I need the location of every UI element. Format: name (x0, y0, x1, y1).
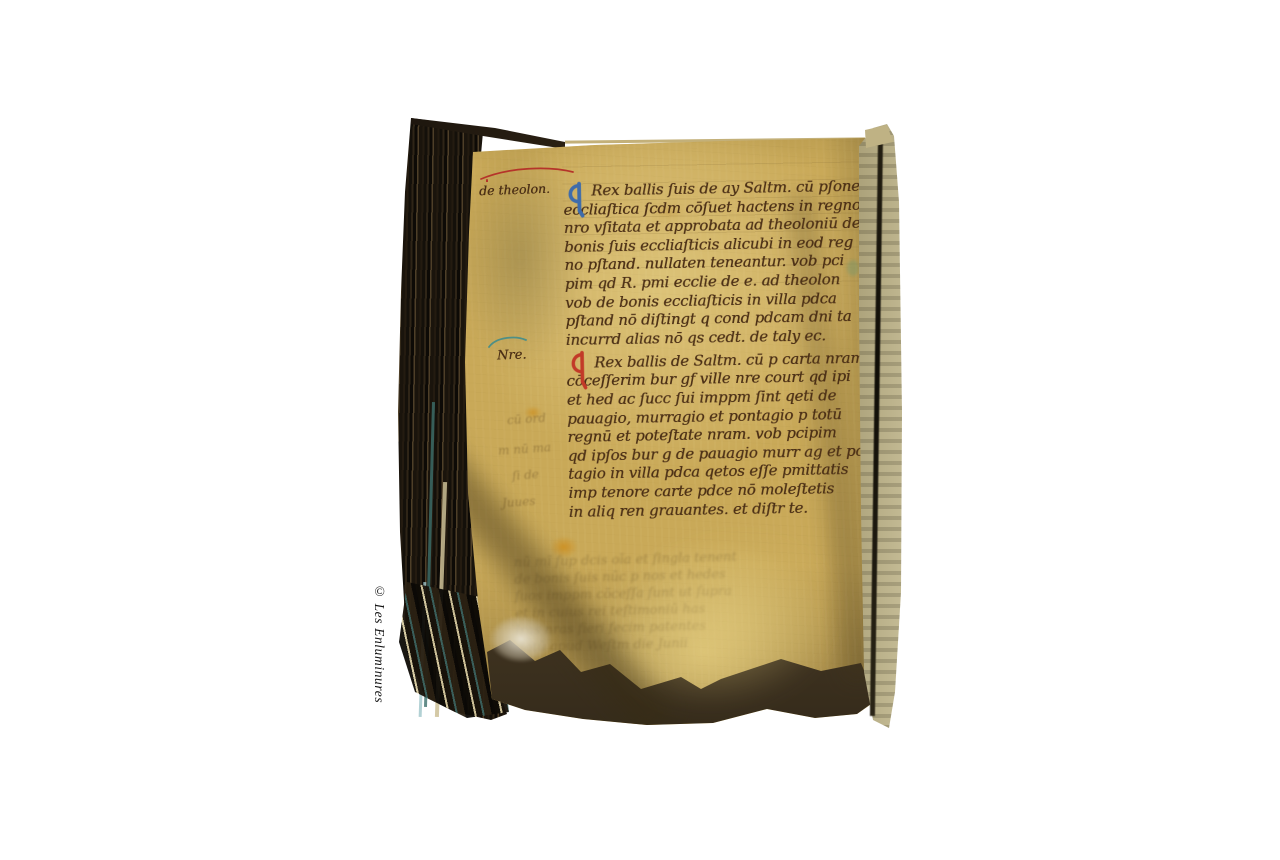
faint-margin-scribble: ſi de (512, 467, 540, 483)
paragraph-mark-blue-icon (564, 181, 587, 221)
paragraph-1: Rex ballis ſuis de ay Saltm. cū pſone ec… (563, 177, 868, 350)
manuscript-book-photo: cū ord m nū ma ſi de Juues nū mī ſup dci… (395, 112, 910, 740)
margin-note-nre: Nre. (497, 347, 527, 363)
rubric-flourish-icon (479, 164, 575, 182)
paragraph-mark-red-icon (567, 350, 590, 392)
faint-margin-scribble: cū ord (507, 411, 547, 428)
manuscript-text-block: Rex ballis ſuis de ay Saltm. cū pſone ec… (563, 177, 871, 521)
photo-canvas: © Les Enluminures cū ord m nū ma ſi de J… (0, 0, 1280, 860)
margin-note-theolon: de theolon. (479, 181, 550, 198)
copyright-watermark: © Les Enluminures (371, 584, 387, 734)
paragraph-2: Rex ballis de Saltm. cū p carta nram cōc… (566, 349, 871, 522)
